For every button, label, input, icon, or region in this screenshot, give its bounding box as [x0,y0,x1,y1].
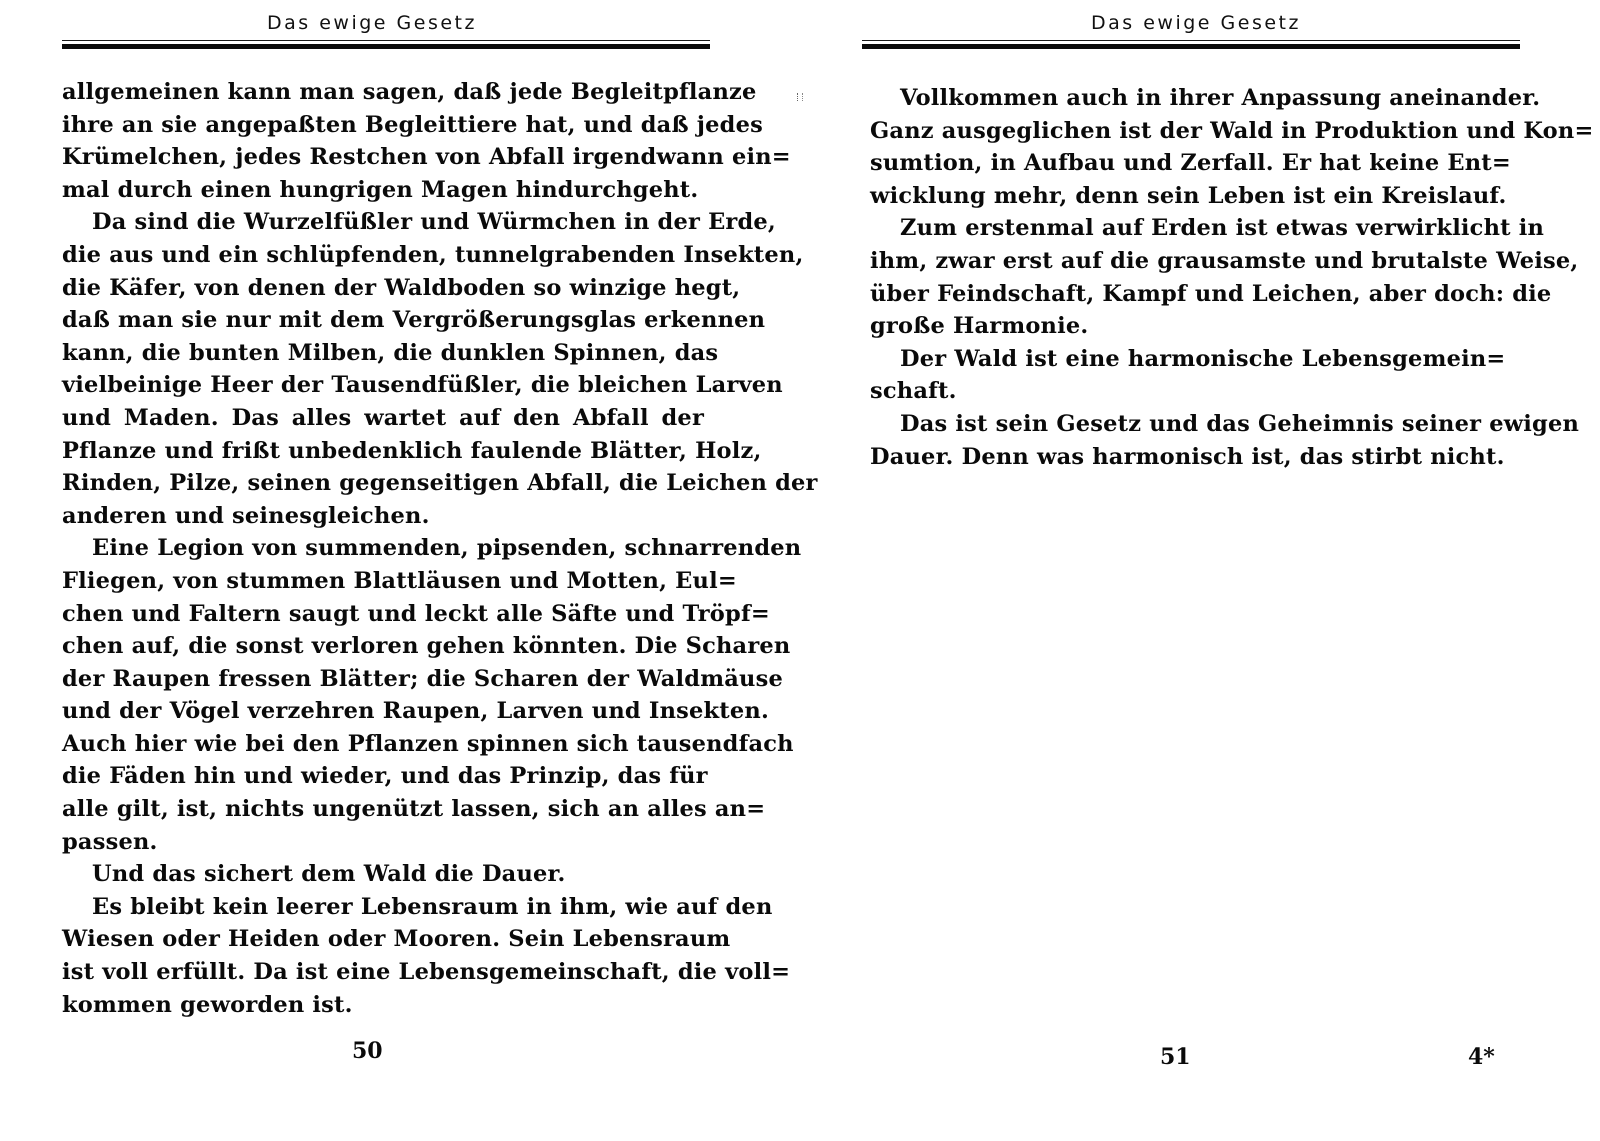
text-line: allgemeinen kann man sagen, daß jede Beg… [62,76,704,109]
text-line: vielbeinige Heer der Tausendfüßler, die … [62,369,704,402]
header-rule-thick [62,44,710,49]
text-line: kann, die bunten Milben, die dunklen Spi… [62,337,704,370]
header-rule-thin [62,40,710,41]
text-line: Vollkommen auch in ihrer Anpassung anein… [870,82,1496,115]
text-line: alle gilt, ist, nichts ungenützt lassen,… [62,793,704,826]
text-line: und Maden. Das alles wartet auf den Abfa… [62,402,704,435]
body-text: allgemeinen kann man sagen, daß jede Beg… [62,76,704,1021]
text-line: schaft. [870,375,1496,408]
header-rule [62,40,710,50]
text-line: Da sind die Wurzelfüßler und Würmchen in… [62,206,704,239]
text-line: Wiesen oder Heiden oder Mooren. Sein Leb… [62,923,704,956]
running-head: Das ewige Gesetz [870,12,1522,34]
header-rule-thin [862,40,1520,41]
page-number: 50 [352,1038,383,1064]
text-line: passen. [62,826,704,859]
header-rule-thick [862,44,1520,49]
text-line: Zum erstenmal auf Erden ist etwas verwir… [870,212,1496,245]
text-line: wicklung mehr, denn sein Leben ist ein K… [870,180,1496,213]
text-line: Eine Legion von summenden, pipsenden, sc… [62,532,704,565]
text-line: Krümelchen, jedes Restchen von Abfall ir… [62,141,704,174]
text-line: ist voll erfüllt. Da ist eine Lebensgeme… [62,956,704,989]
text-line: ihre an sie angepaßten Begleittiere hat,… [62,109,704,142]
text-line: Der Wald ist eine harmonische Lebensgeme… [870,343,1496,376]
text-line: und der Vögel verzehren Raupen, Larven u… [62,695,704,728]
text-line: der Raupen fressen Blätter; die Scharen … [62,663,704,696]
text-line: Ganz ausgeglichen ist der Wald in Produk… [870,115,1496,148]
text-line: Und das sichert dem Wald die Dauer. [62,858,704,891]
text-line: anderen und seinesgleichen. [62,500,704,533]
text-line: mal durch einen hungrigen Magen hindurch… [62,174,704,207]
text-line: Rinden, Pilze, seinen gegenseitigen Abfa… [62,467,704,500]
text-line: über Feindschaft, Kampf und Leichen, abe… [870,278,1496,311]
text-line: die aus und ein schlüpfenden, tunnelgrab… [62,239,704,272]
text-line: daß man sie nur mit dem Vergrößerungsgla… [62,304,704,337]
text-line: Fliegen, von stummen Blattläusen und Mot… [62,565,704,598]
running-head: Das ewige Gesetz [46,12,698,34]
scan-speck [797,93,803,101]
text-line: chen und Faltern saugt und leckt alle Sä… [62,598,704,631]
text-line: Pflanze und frißt unbedenklich faulende … [62,435,704,468]
text-line: die Fäden hin und wieder, und das Prinzi… [62,760,704,793]
body-text: Vollkommen auch in ihrer Anpassung anein… [870,82,1496,473]
text-line: die Käfer, von denen der Waldboden so wi… [62,272,704,305]
text-line: chen auf, die sonst verloren gehen könnt… [62,630,704,663]
text-line: Auch hier wie bei den Pflanzen spinnen s… [62,728,704,761]
text-line: sumtion, in Aufbau und Zerfall. Er hat k… [870,147,1496,180]
text-line: große Harmonie. [870,310,1496,343]
page-number: 51 [1160,1044,1191,1070]
signature-mark: 4* [1468,1044,1495,1070]
header-rule [862,40,1520,50]
text-line: Es bleibt kein leerer Lebensraum in ihm,… [62,891,704,924]
text-line: kommen geworden ist. [62,989,704,1022]
text-line: Dauer. Denn was harmonisch ist, das stir… [870,441,1496,474]
text-line: ihm, zwar erst auf die grausamste und br… [870,245,1496,278]
text-line: Das ist sein Gesetz und das Geheimnis se… [870,408,1496,441]
